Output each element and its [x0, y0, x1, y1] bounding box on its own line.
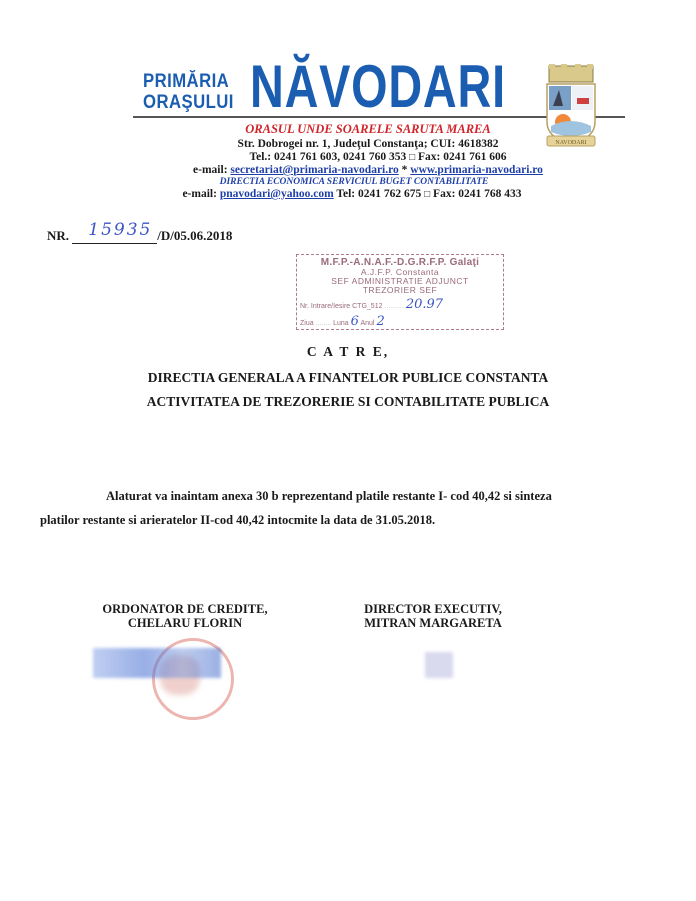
- dept-contact-line: e-mail: pnavodari@yahoo.com Tel: 0241 76…: [0, 188, 696, 201]
- stamp-month-value: 6: [351, 314, 359, 329]
- recipient-line-1: DIRECTIA GENERALA A FINANTELOR PUBLICE C…: [0, 370, 696, 386]
- left-signatory-title: ORDONATOR DE CREDITE,: [95, 602, 275, 616]
- phone-line: Tel.: 0241 761 603, 0241 760 353 □ Fax: …: [0, 151, 696, 164]
- right-signatory-name: MITRAN MARGARETA: [358, 616, 508, 630]
- email-label: e-mail:: [193, 164, 227, 176]
- brand-line-orasului: ORAŞULUI: [143, 93, 234, 113]
- body-line-1: Alaturat va inaintam anexa 30 b reprezen…: [40, 484, 650, 508]
- registration-suffix: /D/05.06.2018: [157, 228, 232, 243]
- body-line-2: platilor restante si arieratelor II-cod …: [40, 508, 650, 532]
- stamp-row-entry: Nr. Intrare/Iesire CTG_512 .......... 20…: [297, 297, 503, 312]
- recipient-line-2: ACTIVITATEA DE TREZORERIE SI CONTABILITA…: [0, 394, 696, 410]
- stamp-year-value: 2: [376, 314, 384, 329]
- separator-box-icon: □: [424, 189, 430, 200]
- stamp-month-label: Luna: [333, 320, 349, 327]
- dept-email-label: e-mail:: [182, 188, 216, 200]
- registration-label: NR.: [47, 228, 69, 243]
- signature-left: ORDONATOR DE CREDITE, CHELARU FLORIN: [95, 602, 275, 630]
- tagline: ORASUL UNDE SOARELE SARUTA MAREA: [0, 122, 696, 137]
- right-signatory-title: DIRECTOR EXECUTIV,: [358, 602, 508, 616]
- dept-phone: Tel: 0241 762 675: [336, 188, 421, 200]
- city-name-logo: NĂVODARI: [250, 57, 506, 117]
- website-link[interactable]: www.primaria-navodari.ro: [410, 164, 543, 176]
- handwritten-signature-right: [425, 652, 453, 678]
- email-link[interactable]: secretariat@primaria-navodari.ro: [230, 164, 398, 176]
- separator: *: [402, 164, 408, 176]
- separator-box-icon: □: [409, 152, 415, 163]
- stamp-line-4: TREZORIER SEF: [297, 286, 503, 295]
- body-text-1: Alaturat va inaintam anexa 30 b reprezen…: [106, 489, 552, 503]
- registration-number: NR. 15935 /D/05.06.2018: [47, 228, 232, 244]
- stamp-entry-label: Nr. Intrare/Iesire CTG_512: [300, 303, 382, 310]
- dept-fax: Fax: 0241 768 433: [433, 188, 521, 200]
- recipient-catre: C A T R E,: [0, 344, 696, 360]
- brand-line-primaria: PRIMĂRIA: [143, 72, 229, 92]
- address-line: Str. Dobrogei nr. 1, Judeţul Constanţa; …: [0, 138, 696, 151]
- left-signatory-name: CHELARU FLORIN: [95, 616, 275, 630]
- handwritten-signature-left: [93, 648, 221, 678]
- body-paragraph: Alaturat va inaintam anexa 30 b reprezen…: [40, 484, 650, 532]
- fax: Fax: 0241 761 606: [418, 151, 506, 163]
- handwritten-number: 15935: [88, 220, 152, 240]
- signature-right: DIRECTOR EXECUTIV, MITRAN MARGARETA: [358, 602, 508, 630]
- dept-email-link[interactable]: pnavodari@yahoo.com: [220, 188, 334, 200]
- registration-stamp: M.F.P.-A.N.A.F.-D.G.R.F.P. Galaţi A.J.F.…: [296, 254, 504, 330]
- registration-number-field: 15935: [72, 229, 157, 244]
- stamp-entry-value: 20.97: [406, 297, 443, 312]
- stamp-day-label: Ziua: [300, 320, 314, 327]
- phones: Tel.: 0241 761 603, 0241 760 353: [249, 151, 406, 163]
- stamp-row-date: Ziua ........ Luna 6 Anul 2: [297, 314, 503, 329]
- stamp-year-label: Anul: [360, 320, 374, 327]
